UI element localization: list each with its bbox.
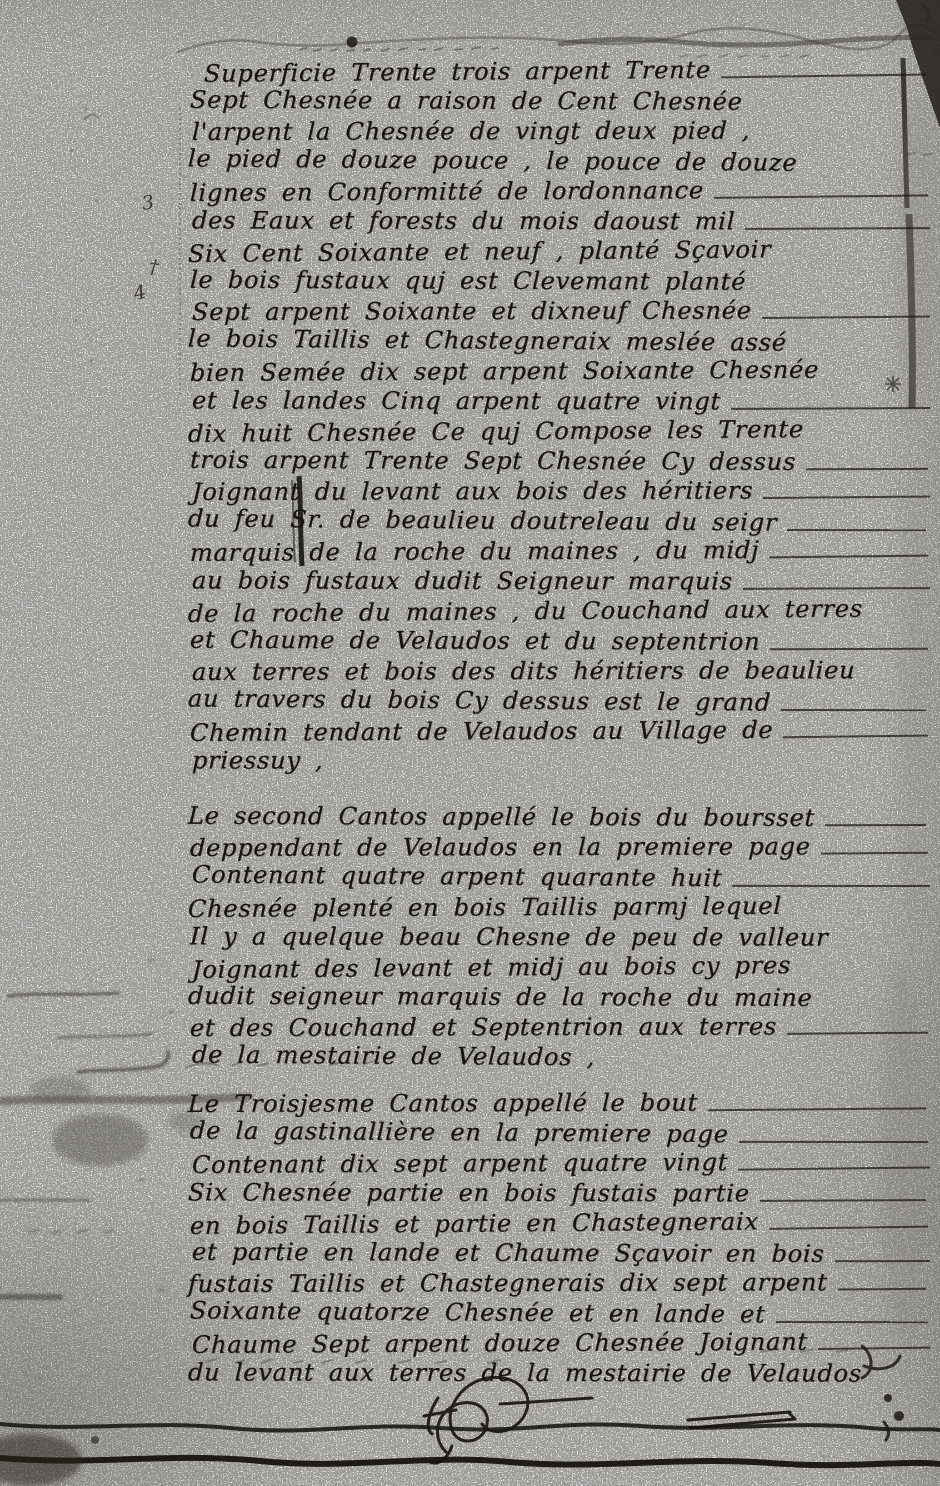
manuscript-line: des Eaux et forests du mois daoust mil: [192, 205, 932, 236]
line-text: dix huit Chesnée Ce quj Compose les Tren…: [188, 414, 805, 449]
line-text: lignes en Conformitté de lordonnance: [190, 175, 705, 208]
line-text: deppendant de Velaudos en la premiere pa…: [190, 831, 812, 863]
line-text: des Eaux et forests du mois daoust mil: [191, 205, 735, 236]
manuscript-line: Six Chesnée partie en bois fustais parti…: [188, 1177, 928, 1208]
line-text: du feu Sr. de beaulieu doutreleau du sei…: [187, 503, 778, 537]
line-text: et Chaume de Velaudos et du septentrion: [189, 625, 761, 657]
line-filler-dash: [825, 824, 926, 826]
line-text: de la mestairie de Velaudos ,: [191, 1039, 596, 1072]
manuscript-line: et partie en lande et Chaume Sçavoir en …: [192, 1237, 932, 1270]
manuscript-line: fustais Taillis et Chastegnerais dix sep…: [188, 1267, 928, 1299]
manuscript-line: au travers du bois Cy dessus est le gran…: [188, 683, 928, 718]
manuscript-line: dix huit Chesnée Ce quj Compose les Tren…: [188, 413, 928, 449]
paragraph: Superficie Trente trois arpent TrenteSep…: [188, 56, 928, 776]
line-text: Soixante quatorze Chesnée et en lande et: [189, 1295, 766, 1329]
line-text: Chesnée plenté en bois Taillis parmj leq…: [188, 891, 783, 924]
margin-mark: †: [148, 258, 159, 278]
manuscript-line: Sept arpent Soixante et dixneuf Chesnée: [192, 295, 932, 327]
line-text: Contenant dix sept arpent quatre vingt: [192, 1147, 729, 1180]
manuscript-line: et les landes Cinq arpent quatre vingt: [192, 385, 932, 416]
manuscript-line: au bois fustaux dudit Seigneur marquis: [192, 565, 932, 596]
line-text: Contenant quatre arpent quarante huit: [191, 859, 723, 893]
line-text: bien Semée dix sept arpent Soixante Ches…: [190, 355, 820, 388]
line-filler-dash: [787, 529, 926, 531]
line-filler-dash: [806, 468, 928, 470]
line-text: Le Troisjesme Cantos appellé le bout: [188, 1088, 699, 1119]
manuscript-line: Chemin tendant de Velaudos au Village de: [190, 714, 930, 748]
line-text: le pied de douze pouce , le pouce de dou…: [187, 143, 798, 177]
manuscript-line: de la mestairie de Velaudos ,: [192, 1039, 932, 1074]
line-filler-dash: [745, 227, 930, 230]
text-block: Superficie Trente trois arpent TrenteSep…: [188, 56, 928, 1388]
manuscript-line: Le second Cantos appellé le bois du bour…: [188, 801, 928, 834]
manuscript-line: Six Cent Soixante et neuf , planté Sçavo…: [188, 233, 928, 269]
manuscript-line: Chaume Sept arpent douze Chesnée Joignan…: [192, 1326, 932, 1360]
line-text: fustais Taillis et Chastegnerais dix sep…: [188, 1267, 829, 1299]
manuscript-line: et Chaume de Velaudos et du septentrion: [190, 625, 930, 658]
line-text: Sept arpent Soixante et dixneuf Chesnée: [192, 295, 753, 326]
manuscript-line: bien Semée dix sept arpent Soixante Ches…: [190, 354, 930, 388]
manuscript-line: de la roche du maines , du Couchand aux …: [188, 593, 928, 629]
manuscript-line: le bois fustaux quj est Clevemant planté: [190, 265, 930, 298]
line-filler-dash: [738, 1166, 930, 1170]
line-text: Chaume Sept arpent douze Chesnée Joignan…: [192, 1327, 809, 1360]
line-filler-dash: [769, 555, 928, 559]
manuscript-line: lignes en Conformitté de lordonnance: [190, 174, 930, 208]
manuscript-line: Soixante quatorze Chesnée et en lande et: [190, 1295, 930, 1330]
manuscript-line: priessuy ,: [192, 745, 932, 776]
manuscript-line: de la gastinallière en la premiere page: [190, 1115, 930, 1150]
line-filler-dash: [732, 885, 930, 887]
line-text: de la roche du maines , du Couchand aux …: [188, 594, 864, 629]
manuscript-line: du levant aux terres de la mestairie de …: [188, 1357, 928, 1388]
manuscript-line: dudit seigneur marquis de la roche du ma…: [188, 981, 928, 1014]
line-text: Joignant des levant et midj au bois cy p…: [192, 950, 792, 985]
manuscript-line: du feu Sr. de beaulieu doutreleau du sei…: [188, 503, 928, 538]
line-text: Chemin tendant de Velaudos au Village de: [190, 715, 774, 748]
line-text: le bois fustaux quj est Clevemant planté: [189, 265, 746, 297]
line-filler-dash: [760, 1199, 926, 1202]
line-filler-dash: [783, 735, 928, 739]
manuscript-line: l'arpent la Chesnée de vingt deux pied ,: [192, 115, 932, 147]
line-text: au travers du bois Cy dessus est le gran…: [187, 683, 771, 717]
manuscript-line: Joignant du levant aux bois des héritier…: [192, 475, 932, 507]
manuscript-page: 3 † 4 Superficie Trente trois arpent Tre…: [0, 0, 940, 1486]
line-filler-dash: [818, 1347, 930, 1350]
line-text: Le second Cantos appellé le bois du bour…: [187, 801, 815, 833]
manuscript-line: aux terres et bois des dits héritiers de…: [192, 655, 932, 687]
manuscript-line: le bois Taillis et Chastegneraix meslée …: [188, 323, 928, 358]
line-text: et des Couchand et Septentrion aux terre…: [190, 1011, 778, 1043]
manuscript-line: Superficie Trente trois arpent Trente: [188, 53, 928, 89]
manuscript-line: Chesnée plenté en bois Taillis parmj leq…: [188, 890, 928, 924]
line-text: aux terres et bois des dits héritiers de…: [192, 655, 856, 687]
manuscript-line: le pied de douze pouce , le pouce de dou…: [188, 143, 928, 178]
paragraph: Le Troisjesme Cantos appellé le boutde l…: [188, 1088, 928, 1388]
line-filler-dash: [770, 648, 928, 650]
line-text: au bois fustaux dudit Seigneur marquis: [191, 565, 733, 596]
line-text: l'arpent la Chesnée de vingt deux pied ,: [192, 115, 751, 146]
line-text: du levant aux terres de la mestairie de …: [187, 1357, 862, 1388]
manuscript-line: marquis de la roche du maines , du midj: [190, 534, 930, 568]
line-text: en bois Taillis et partie en Chastegnera…: [190, 1206, 760, 1240]
line-filler-dash: [787, 1032, 928, 1035]
manuscript-line: deppendant de Velaudos en la premiere pa…: [190, 831, 930, 863]
line-text: Joignant du levant aux bois des héritier…: [192, 475, 754, 506]
line-text: marquis de la roche du maines , du midj: [190, 535, 760, 568]
line-text: priessuy ,: [191, 745, 324, 775]
line-filler-dash: [708, 1107, 926, 1111]
line-text: Six Cent Soixante et neuf , planté Sçavo…: [188, 234, 772, 269]
line-text: le bois Taillis et Chastegneraix meslée …: [187, 323, 787, 357]
line-filler-dash: [769, 1226, 928, 1230]
line-filler-dash: [776, 1321, 928, 1323]
manuscript-line: en bois Taillis et partie en Chastegnera…: [190, 1205, 930, 1241]
line-filler-dash: [762, 316, 930, 319]
line-text: Six Chesnée partie en bois fustais parti…: [187, 1177, 750, 1208]
line-text: trois arpent Trente Sept Chesnée Cy dess…: [189, 445, 796, 477]
line-text: et les landes Cinq arpent quatre vingt: [191, 385, 721, 416]
manuscript-line: Contenant dix sept arpent quatre vingt: [192, 1146, 932, 1180]
manuscript-line: Le Troisjesme Cantos appellé le bout: [188, 1087, 928, 1119]
line-text: dudit seigneur marquis de la roche du ma…: [187, 981, 813, 1013]
line-text: de la gastinallière en la premiere page: [189, 1115, 729, 1149]
line-text: Il y a quelque beau Chesne de peu de val…: [189, 921, 829, 952]
line-text: et partie en lande et Chaume Sçavoir en …: [191, 1237, 825, 1269]
line-filler-dash: [739, 1141, 928, 1143]
line-filler-dash: [821, 852, 928, 855]
line-filler-dash: [763, 496, 930, 499]
manuscript-line: Joignant des levant et midj au bois cy p…: [192, 949, 932, 985]
line-filler-dash: [721, 73, 926, 78]
paragraph: Le second Cantos appellé le bois du bour…: [188, 802, 928, 1072]
line-filler-dash: [835, 1260, 930, 1262]
manuscript-line: et des Couchand et Septentrion aux terre…: [190, 1011, 930, 1043]
line-text: Superficie Trente trois arpent Trente: [204, 55, 712, 89]
line-filler-dash: [714, 194, 928, 198]
line-filler-dash: [731, 407, 930, 410]
line-filler-dash: [781, 709, 926, 711]
manuscript-line: trois arpent Trente Sept Chesnée Cy dess…: [190, 445, 930, 478]
line-text: Sept Chesnée a raison de Cent Chesnée: [189, 85, 743, 117]
line-filler-dash: [838, 1288, 926, 1291]
line-filler-dash: [743, 587, 930, 590]
manuscript-line: Contenant quatre arpent quarante huit: [192, 859, 932, 894]
manuscript-line: Sept Chesnée a raison de Cent Chesnée: [190, 85, 930, 118]
manuscript-line: Il y a quelque beau Chesne de peu de val…: [190, 921, 930, 952]
